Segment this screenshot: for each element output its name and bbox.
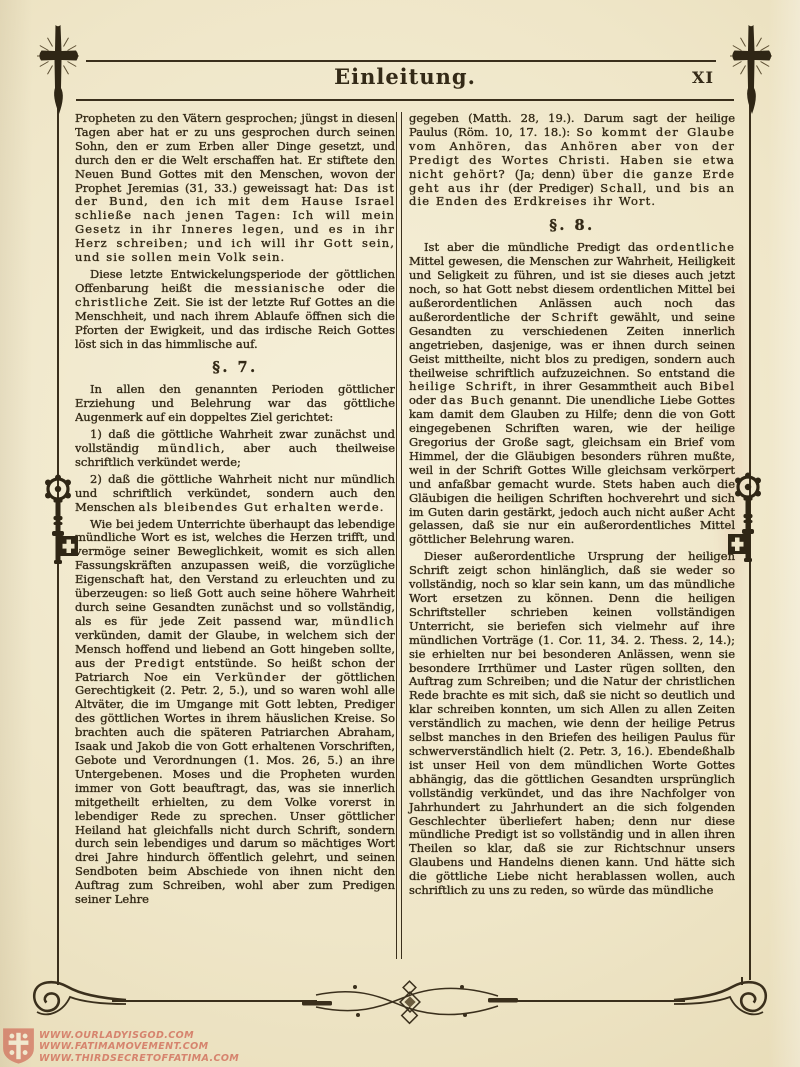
- body-text: Dieser außerordentliche Ursprung der hei…: [409, 549, 735, 897]
- text-column-right: gegeben (Matth. 28, 19.). Darum sagt der…: [403, 112, 735, 968]
- page-title: Einleitung.: [75, 64, 735, 89]
- body-text: oder die: [325, 281, 395, 295]
- emphasized-text: christliche: [75, 295, 149, 309]
- emphasized-text: Bibel: [700, 379, 735, 393]
- body-text: der göttlichen Gerechtigkeit (2. Petr. 2…: [75, 670, 395, 907]
- emphasized-text: Verkünder: [216, 670, 287, 684]
- paragraph: Ist aber die mündliche Predigt das orden…: [409, 241, 735, 547]
- section-heading: §. 7.: [75, 359, 395, 376]
- body-text: (der Prediger): [508, 181, 600, 195]
- book-page: Einleitung. XI Propheten zu den Vätern g…: [0, 0, 800, 1067]
- emphasized-text: Schrift: [552, 310, 599, 324]
- watermark-url: WWW.FATIMAMOVEMENT.COM: [39, 1041, 239, 1052]
- page-number: XI: [678, 68, 728, 87]
- emphasized-text: Predigt: [134, 656, 185, 670]
- emphasized-text: messianische: [235, 281, 326, 295]
- top-border-line: [86, 60, 716, 62]
- paragraph: gegeben (Matth. 28, 19.). Darum sagt der…: [409, 112, 735, 209]
- body-text: , in ihrer Gesammtheit auch: [513, 379, 699, 393]
- watermark-url: WWW.OURLADYISGOD.COM: [39, 1030, 239, 1041]
- text-column-left: Propheten zu den Vätern gesprochen; jüng…: [75, 112, 395, 968]
- emphasized-text: das Buch: [440, 393, 504, 407]
- list-item: 2) daß die göttliche Wahrheit nicht nur …: [75, 473, 395, 515]
- bottom-border-line-left: [112, 1000, 317, 1002]
- paragraph: In allen den genannten Perioden göttlich…: [75, 383, 395, 425]
- page-body: Propheten zu den Vätern gesprochen; jüng…: [75, 112, 735, 968]
- header-rule: [76, 99, 734, 101]
- emphasized-text: mündlich: [158, 441, 221, 455]
- watermark: WWW.OURLADYISGOD.COM WWW.FATIMAMOVEMENT.…: [2, 1027, 239, 1065]
- emphasized-text: als bleibendes Gut erhalten werde.: [139, 500, 385, 514]
- fatima-cross-shield-logo-icon: [2, 1027, 35, 1065]
- watermark-url: WWW.THIRDSECRETOFFATIMA.COM: [39, 1053, 239, 1064]
- paragraph: Propheten zu den Vätern gesprochen; jüng…: [75, 112, 395, 265]
- body-text: (Ja; denn): [515, 167, 582, 181]
- emphasized-text: heilige Schrift: [409, 379, 513, 393]
- body-text: Ist aber die mündliche Predigt das: [424, 240, 656, 254]
- paragraph: Wie bei jedem Unterrichte überhaupt das …: [75, 518, 395, 907]
- column-divider-rule: [396, 112, 402, 959]
- scroll-flourish-icon: [28, 973, 128, 1025]
- emphasized-text: ordentliche: [656, 240, 735, 254]
- ribbon-knot-icon: [300, 974, 520, 1028]
- scroll-flourish-icon: [672, 973, 772, 1025]
- body-text: Wie bei jedem Unterrichte überhaupt das …: [75, 517, 395, 628]
- paragraph: Diese letzte Entwickelungsperiode der gö…: [75, 268, 395, 351]
- body-text: oder: [409, 393, 440, 407]
- section-heading: §. 8.: [409, 217, 735, 234]
- list-item: 1) daß die göttliche Wahrheit zwar zunäc…: [75, 428, 395, 470]
- emphasized-text: mündlich: [332, 614, 395, 628]
- paragraph: Dieser außerordentliche Ursprung der hei…: [409, 550, 735, 898]
- bottom-border-line-right: [500, 1000, 685, 1002]
- body-text: genannt. Die unendliche Liebe Gottes kam…: [409, 393, 735, 546]
- body-text: In allen den genannten Perioden göttlich…: [75, 382, 395, 424]
